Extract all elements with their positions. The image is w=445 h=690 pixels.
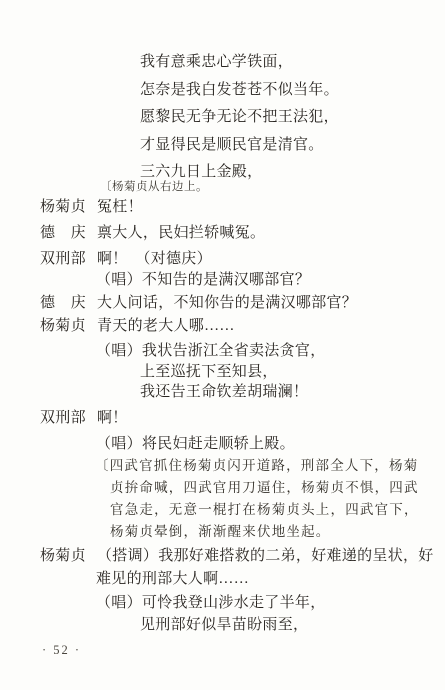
- dialogue-line: 双刑部啊！: [40, 411, 128, 426]
- verse-line: 三六九日上金殿，: [140, 165, 262, 180]
- speech-text: 大人问话，不知你告的是满汉哪部官？: [97, 295, 357, 311]
- dialogue-line: 杨菊贞（搭调）我那好难搭救的二弟，好难递的呈状，好: [40, 549, 434, 564]
- stage-direction-continuation: 贞拚命喊，四武官用刀逼住，杨菊贞不惧，四武: [110, 481, 419, 495]
- sung-continuation: 上至巡抚下至知县，: [140, 365, 278, 380]
- speaker-name: 杨菊贞: [40, 549, 97, 564]
- speaker-name: 德 庆: [40, 296, 97, 311]
- speech-text: 禀大人，民妇拦轿喊冤。: [97, 225, 265, 241]
- dialogue-line: 德 庆禀大人，民妇拦轿喊冤。: [40, 226, 265, 241]
- sung-continuation: 我还告王命钦差胡瑞澜！: [140, 385, 308, 400]
- sung-line: （唱）将民妇赶走顺轿上殿。: [96, 437, 295, 452]
- dialogue-line: 杨菊贞青天的老大人哪……: [40, 319, 235, 334]
- dialogue-line: 德 庆大人问话，不知你告的是满汉哪部官？: [40, 296, 357, 311]
- speaker-name: 双刑部: [40, 252, 97, 267]
- speaker-name: 双刑部: [40, 411, 97, 426]
- sung-line: （唱）我状告浙江全省卖法贪官，: [96, 344, 326, 359]
- speaker-name: 杨菊贞: [40, 200, 97, 215]
- script-page: 我有意乘忠心学铁面， 怎奈是我白发苍苍不似当年。 愿黎民无争无论不把王法犯， 才…: [0, 0, 445, 690]
- page-number: · 52 ·: [42, 643, 81, 658]
- speech-text: 冤枉！: [97, 199, 143, 215]
- speech-text: 啊！: [97, 410, 128, 426]
- stage-direction-entrance: 〔杨菊贞从右边上。: [100, 182, 208, 194]
- sung-continuation: 见刑部好似旱苗盼雨至，: [140, 618, 308, 633]
- verse-line: 愿黎民无争无论不把王法犯，: [140, 110, 339, 125]
- speech-text: （搭调）我那好难搭救的二弟，好难递的呈状，好: [97, 548, 434, 564]
- verse-line: 怎奈是我白发苍苍不似当年。: [140, 83, 339, 98]
- speech-text: 青天的老大人哪……: [97, 318, 235, 334]
- stage-direction-continuation: 杨菊贞晕倒，渐渐醒来伏地坐起。: [110, 525, 331, 539]
- dialogue-line: 双刑部啊！ （对德庆）: [40, 252, 212, 267]
- sung-line: （唱）不知告的是满汉哪部官？: [96, 273, 310, 288]
- verse-line: 才显得民是顺民官是清官。: [140, 138, 324, 153]
- speech-text: 啊！ （对德庆）: [97, 251, 212, 267]
- dialogue-line: 杨菊贞冤枉！: [40, 200, 143, 215]
- speaker-name: 德 庆: [40, 226, 97, 241]
- sung-line: （唱）可怜我登山涉水走了半年，: [96, 596, 326, 611]
- speech-continuation: 难见的刑部大人啊……: [96, 572, 249, 587]
- speaker-name: 杨菊贞: [40, 319, 97, 334]
- stage-direction-continuation: 官急走，无意一棍打在杨菊贞头上，四武官下，: [110, 503, 419, 517]
- verse-line: 我有意乘忠心学铁面，: [140, 55, 293, 70]
- stage-direction-line: 〔四武官抓住杨菊贞闪开道路，刑部全人下，杨菊: [95, 459, 418, 473]
